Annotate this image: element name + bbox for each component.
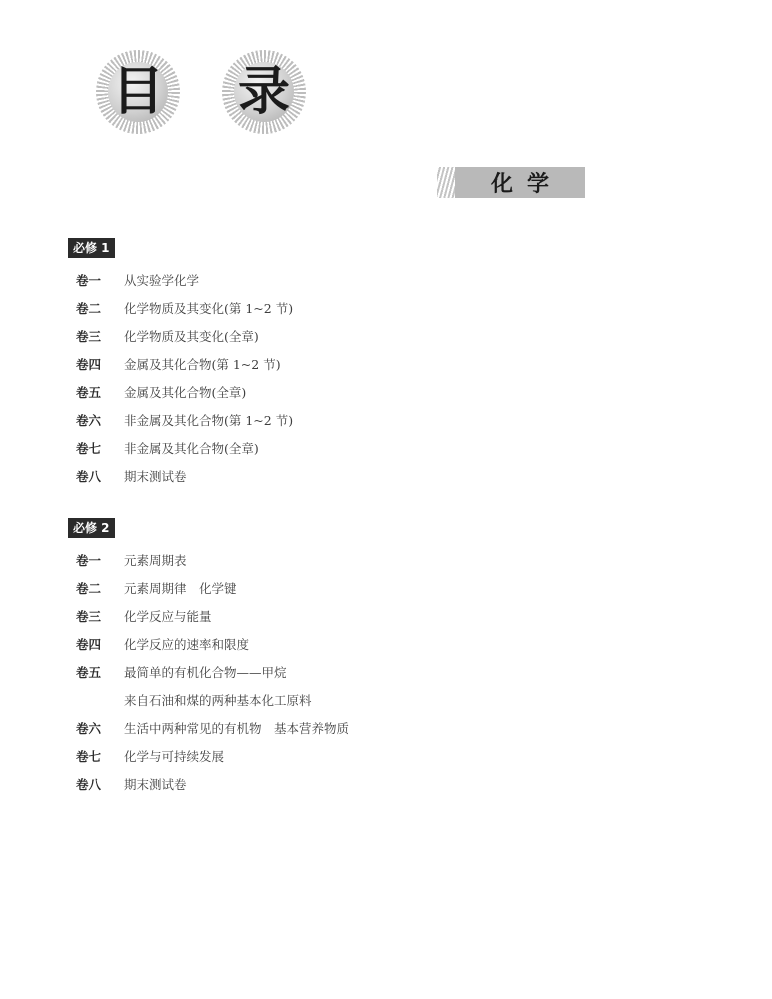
title-char: 目	[112, 66, 164, 118]
volume-label: 卷六	[68, 719, 124, 737]
entry-title: 化学物质及其变化(全章)	[124, 327, 259, 345]
entry-title: 生活中两种常见的有机物 基本营养物质	[124, 719, 349, 737]
entry-title: 从实验学化学	[124, 271, 199, 289]
entry-title: 化学反应与能量	[124, 607, 212, 625]
entry-title: 来自石油和煤的两种基本化工原料	[124, 691, 312, 709]
volume-label: 卷八	[68, 467, 124, 485]
toc-entry[interactable]: 卷三化学反应与能量	[68, 602, 349, 630]
toc-entry[interactable]: 来自石油和煤的两种基本化工原料	[68, 686, 349, 714]
entry-title: 非金属及其化合物(全章)	[124, 439, 259, 457]
entry-title: 期末测试卷	[124, 775, 187, 793]
subject-box: 化学	[455, 167, 585, 198]
entry-title: 化学反应的速率和限度	[124, 635, 249, 653]
toc-entry[interactable]: 卷四金属及其化合物(第 1~2 节)	[68, 350, 293, 378]
volume-label: 卷一	[68, 271, 124, 289]
sunburst-emblem: 录	[222, 50, 306, 134]
section-badge: 必修 2	[68, 518, 115, 538]
toc-entry[interactable]: 卷六生活中两种常见的有机物 基本营养物质	[68, 714, 349, 742]
toc-entry[interactable]: 卷五最简单的有机化合物——甲烷	[68, 658, 349, 686]
volume-label: 卷四	[68, 635, 124, 653]
volume-label: 卷三	[68, 327, 124, 345]
entry-title: 化学与可持续发展	[124, 747, 224, 765]
entry-title: 元素周期律 化学键	[124, 579, 237, 597]
subject-banner: 化学	[437, 167, 585, 198]
toc-entry[interactable]: 卷三化学物质及其变化(全章)	[68, 322, 293, 350]
volume-label: 卷二	[68, 579, 124, 597]
section-required-1: 必修 1 卷一从实验学化学 卷二化学物质及其变化(第 1~2 节) 卷三化学物质…	[68, 237, 293, 490]
entry-title: 最简单的有机化合物——甲烷	[124, 663, 287, 681]
subject-label: 化学	[477, 167, 563, 198]
toc-entry[interactable]: 卷七非金属及其化合物(全章)	[68, 434, 293, 462]
toc-entry[interactable]: 卷六非金属及其化合物(第 1~2 节)	[68, 406, 293, 434]
volume-label: 卷八	[68, 775, 124, 793]
entry-title: 元素周期表	[124, 551, 187, 569]
toc-entry[interactable]: 卷一元素周期表	[68, 546, 349, 574]
toc-entry[interactable]: 卷八期末测试卷	[68, 462, 293, 490]
section-required-2: 必修 2 卷一元素周期表 卷二元素周期律 化学键 卷三化学反应与能量 卷四化学反…	[68, 517, 349, 798]
entry-title: 金属及其化合物(第 1~2 节)	[124, 355, 281, 373]
section-badge: 必修 1	[68, 238, 115, 258]
volume-label: 卷六	[68, 411, 124, 429]
toc-entry[interactable]: 卷四化学反应的速率和限度	[68, 630, 349, 658]
toc-entry[interactable]: 卷七化学与可持续发展	[68, 742, 349, 770]
entry-title: 非金属及其化合物(第 1~2 节)	[124, 411, 293, 429]
page-title: 目 录	[96, 48, 306, 140]
stripes-decoration	[437, 167, 455, 198]
sunburst-emblem: 目	[96, 50, 180, 134]
volume-label: 卷四	[68, 355, 124, 373]
volume-label: 卷一	[68, 551, 124, 569]
volume-label: 卷三	[68, 607, 124, 625]
entry-title: 金属及其化合物(全章)	[124, 383, 246, 401]
volume-label: 卷二	[68, 299, 124, 317]
toc-entry[interactable]: 卷五金属及其化合物(全章)	[68, 378, 293, 406]
entry-title: 期末测试卷	[124, 467, 187, 485]
toc-entry[interactable]: 卷一从实验学化学	[68, 266, 293, 294]
volume-label: 卷五	[68, 663, 124, 681]
toc-entry[interactable]: 卷八期末测试卷	[68, 770, 349, 798]
volume-label: 卷五	[68, 383, 124, 401]
toc-entry[interactable]: 卷二元素周期律 化学键	[68, 574, 349, 602]
volume-label: 卷七	[68, 747, 124, 765]
toc-entry[interactable]: 卷二化学物质及其变化(第 1~2 节)	[68, 294, 293, 322]
volume-label: 卷七	[68, 439, 124, 457]
title-char: 录	[238, 66, 290, 118]
entry-title: 化学物质及其变化(第 1~2 节)	[124, 299, 293, 317]
